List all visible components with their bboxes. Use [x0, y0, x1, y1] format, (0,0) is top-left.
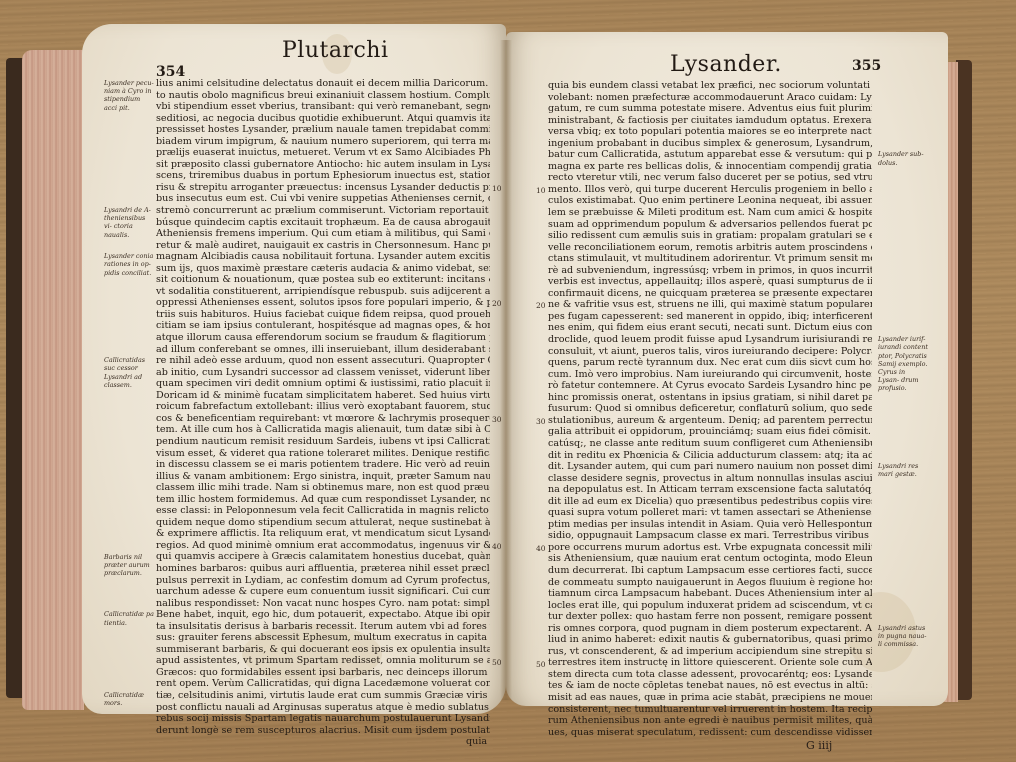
book-cover-right — [956, 60, 972, 700]
margin-note: Lysandri astus in pugna naua- li commiss… — [878, 624, 928, 649]
text-line: magna ex parte res bellicas dolis, & inn… — [548, 161, 872, 173]
text-line: pes fugam capesserent: sed manerent in o… — [548, 311, 872, 323]
text-line: in discessu classem se ei maris potiente… — [156, 459, 490, 471]
text-line: ingenium probabant in ducibus simplex & … — [548, 138, 872, 150]
text-line: rus, vt conscenderent, & ad imperium acc… — [548, 646, 872, 658]
text-line: dum decurrerat. Ibi captum Lampsacum ess… — [548, 565, 872, 577]
text-line: gatum, re cum summa potestate misere. Ad… — [548, 103, 872, 115]
text-line: sus: grauiter ferens abscessit Ephesum, … — [156, 632, 490, 644]
line-number: 20 — [536, 301, 546, 310]
text-line: cum. Imò vero improbius. Nam iureiurando… — [548, 369, 872, 381]
text-line: risu & strepitu arroganter præuectus: in… — [156, 182, 490, 194]
margin-note: Callicratidas suc cessor Lysandri ad cla… — [104, 356, 154, 389]
line-number: 50 — [536, 660, 546, 669]
text-line: quam specimen viri dedit omnium optimi &… — [156, 378, 490, 390]
margin-note: Lysandri de A- theniensibus vi- ctoria n… — [104, 206, 154, 239]
text-line: ctans stimulauit, vt multitudinem adorir… — [548, 253, 872, 265]
text-line: oppressi Athenienses essent, solutos ips… — [156, 297, 490, 309]
text-line: pore occurrens murum adortus est. Vrbe e… — [548, 542, 872, 554]
text-line: volebant: nomen præfecturæ accommodaueru… — [548, 92, 872, 104]
page-edges-left — [22, 50, 84, 710]
text-line: quens, parum rectè tyrannum dux. Nec era… — [548, 357, 872, 369]
text-line: nes enim, qui fidem eius erant secuti, n… — [548, 322, 872, 334]
line-number: 40 — [536, 544, 546, 553]
margin-note: Barbaris nil præter aurum præclarum. — [104, 553, 154, 578]
text-line: illius & vanam ambitionem: Ergo sinistra… — [156, 471, 490, 483]
text-line: post conflictu nauali ad Arginusas super… — [156, 702, 490, 714]
text-line: summiserant barbaris, & qui docuerant eo… — [156, 644, 490, 656]
text-line: pressisset hostes Lysander, prælium naua… — [156, 124, 490, 136]
text-line: dit ille ad eum ex Dicelia) quo præsenti… — [548, 496, 872, 508]
text-line: sit coitionum & nouationum, quæ postea s… — [156, 274, 490, 286]
text-line: sis Atheniensium, quæ nauium erat centum… — [548, 553, 872, 565]
line-number: 30 — [536, 417, 546, 426]
catchword: quia — [466, 736, 487, 747]
text-line: rum Atheniensibus non ante egredi è naui… — [548, 715, 872, 727]
line-number: 10 — [536, 186, 546, 195]
text-line: classe desidere segnis, provectus in alt… — [548, 473, 872, 485]
text-line: atque illorum causa efferendorum socium … — [156, 332, 490, 344]
text-line: uarchum adesse & cupere eum conuentum iu… — [156, 586, 490, 598]
text-line: quasi supra votum polleret mari: vt tame… — [548, 507, 872, 519]
text-line: ues, quas miserat speculatum, redissent:… — [548, 727, 872, 739]
book-gutter — [500, 40, 512, 700]
text-line: roicum fabrefactum extollebant: illius v… — [156, 401, 490, 413]
text-line: ad illum conferebant se omnes, illi inse… — [156, 344, 490, 356]
text-line: qui quamvis accipere à Græcis calamitate… — [156, 551, 490, 563]
text-line: catúsq;, ne classe ante reditum suum con… — [548, 438, 872, 450]
text-line: mento. Illos verò, qui turpe ducerent He… — [548, 184, 872, 196]
margin-note: Lysander sub- dolus. — [878, 150, 928, 166]
text-line: Bene habet, inquit, ego hic, dum potauer… — [156, 609, 490, 621]
text-line: esse classi: in Peloponnesum vela fecit … — [156, 505, 490, 517]
text-line: sidio, oppugnauit Lampsacum classe ex ma… — [548, 530, 872, 542]
text-line: silio redissent cum æmulis suis in grati… — [548, 230, 872, 242]
margin-note: Callicratidæ mors. — [104, 691, 154, 707]
text-line: vbi stipendium esset vberius, transibant… — [156, 101, 490, 113]
body-text: lius animi celsitudine delectatus donaui… — [156, 78, 490, 736]
text-line: rè ad subveniendum, ingressúsq; vrbem in… — [548, 265, 872, 277]
text-line: derunt longè se rem suscepturos alacrius… — [156, 725, 490, 737]
text-line: rebus socij missis Spartam legatis nauar… — [156, 713, 490, 725]
text-line: re nihil adeò esse arduum, quod non esse… — [156, 355, 490, 367]
text-line: dit in reditu ex Phœnicia & Cilicia addu… — [548, 450, 872, 462]
text-line: stem directa cum tota classe adessent, p… — [548, 669, 872, 681]
text-line: Atheniensis fremens imperium. Qui cum et… — [156, 228, 490, 240]
text-line: quidem neque domo stipendium secum attul… — [156, 517, 490, 529]
text-line: sit præposito classi gubernatore Antioch… — [156, 159, 490, 171]
text-line: seditiosi, ac negocia ducibus quotidie e… — [156, 113, 490, 125]
text-line: liud in animo haberet: edixit nautis & g… — [548, 634, 872, 646]
text-line: triis suis habituros. Huius faciebat cui… — [156, 309, 490, 321]
text-line: rent opem. Verùm Callicratidas, qui dign… — [156, 678, 490, 690]
text-line: to nautis obolo magnificus breui exinani… — [156, 90, 490, 102]
text-line: dit. Lysander autem, qui cum pari numero… — [548, 461, 872, 473]
text-line: prælijs euaserat inuictus, metueret. Ver… — [156, 147, 490, 159]
text-line: lius animi celsitudine delectatus donaui… — [156, 78, 490, 90]
text-line: misit ad eas naues, quæ in prima acie st… — [548, 692, 872, 704]
text-line: consisterent, nec tumultuarentur vel irr… — [548, 704, 872, 716]
text-line: sum ijs, quos maximè præstare cæteris au… — [156, 263, 490, 275]
text-line: scens, triremibus duabus in portum Ephes… — [156, 170, 490, 182]
text-line: droclide, quod leuem prodit fuisse apud … — [548, 334, 872, 346]
running-head: Plutarchi — [282, 38, 389, 63]
text-line: tiamnum circa Lampsacum habebant. Duces … — [548, 588, 872, 600]
body-text: quia bis eundem classi vetabat lex præfi… — [548, 80, 872, 738]
text-line: na depopulatus est. In Atticam terram ex… — [548, 484, 872, 496]
text-line: galia attribuit ei oppidorum, prouinciám… — [548, 426, 872, 438]
text-line: classem illic mihi trade. Nam si obtinem… — [156, 482, 490, 494]
text-line: stulationibus, aureum & argenteum. Deniq… — [548, 415, 872, 427]
text-line: pulsus perrexit in Lydiam, ac confestim … — [156, 575, 490, 587]
text-line: hinc promissis onerat, ostentans in ipsi… — [548, 392, 872, 404]
text-line: tiæ, celsitudinis animi, virtutis laude … — [156, 690, 490, 702]
text-line: rò fatetur contemnere. At Cyrus evocato … — [548, 380, 872, 392]
text-line: biadem virum impigrum, & nauium numero s… — [156, 136, 490, 148]
signature-mark: G iiij — [806, 739, 832, 752]
text-line: nalibus respondisset: Non vacat nunc hos… — [156, 598, 490, 610]
text-line: terrestres item instructę in littore qui… — [548, 657, 872, 669]
margin-note: Lysandri res mari gestæ. — [878, 462, 928, 478]
text-line: ab initio, cum Lysandri successor ad cla… — [156, 367, 490, 379]
text-line: ne & vafritie vsus est, struens ne illi,… — [548, 299, 872, 311]
text-line: homines barbaros: quibus auri affluentia… — [156, 563, 490, 575]
text-line: quia bis eundem classi vetabat lex præfi… — [548, 80, 872, 92]
text-line: Doricam id & minimè fucatam simplicitate… — [156, 390, 490, 402]
margin-note: Lysander pecu- niam à Cyro in stipendium… — [104, 79, 154, 112]
text-line: culos existimabat. Quo enim pertinere Le… — [548, 195, 872, 207]
text-line: fusurum: Quod si omnibus deficeretur, co… — [548, 403, 872, 415]
text-line: apud assistentes, vt primum Spartam redi… — [156, 655, 490, 667]
text-line: visum esset, & videret qua ratione toler… — [156, 448, 490, 460]
text-line: ministrabant, & factiosis per ciuitates … — [548, 115, 872, 127]
text-line: ta insulsitatis derisus à barbaris reces… — [156, 621, 490, 633]
right-page: Lysander. 355 quia bis eundem classi vet… — [506, 32, 948, 706]
text-line: verbis est invectus, appellauitq; illos … — [548, 276, 872, 288]
text-line: versa vbiq; ex toto populari potentia ma… — [548, 126, 872, 138]
text-line: pendium nauticum remisit residuum Sardei… — [156, 436, 490, 448]
text-line: ris omnes corpora, quod pugnam in diem p… — [548, 623, 872, 635]
text-line: cos & beneficentiam requirebant: vt mœro… — [156, 413, 490, 425]
text-line: stremò concurrerunt ac prælium commiseru… — [156, 205, 490, 217]
text-line: citiam se iam ipsius contulerant, hospit… — [156, 320, 490, 332]
text-line: búsque quindecim captis excitauit trophæ… — [156, 217, 490, 229]
text-line: consuluit, vt aiunt, pueros talis, viros… — [548, 346, 872, 358]
text-line: confirmauit dicens, ne quicquam præterea… — [548, 288, 872, 300]
text-line: batur cum Callicratida, astutum appareba… — [548, 149, 872, 161]
text-line: & exprimere afflictis. Ita reliquum erat… — [156, 528, 490, 540]
text-line: velle reconciliationem eorum, remotis ar… — [548, 242, 872, 254]
text-line: tes & iam de nocte cōpletas tenebat naue… — [548, 680, 872, 692]
margin-note: Lysander conia rationes in op- pidis con… — [104, 252, 154, 277]
page-number: 355 — [852, 58, 881, 74]
text-line: lem se præbuisse & Mileti proditum est. … — [548, 207, 872, 219]
text-line: tem illic hostem formidemus. Ad quæ cum … — [156, 494, 490, 506]
text-line: magnam Alcibiadis causa nobilitauit fort… — [156, 251, 490, 263]
text-line: regios. Ad quod minimè omnium erat accom… — [156, 540, 490, 552]
text-line: locles erat ille, qui populum induxerat … — [548, 600, 872, 612]
running-head: Lysander. — [670, 52, 782, 77]
text-line: recto vteretur vtili, nec verum falso du… — [548, 172, 872, 184]
left-page: Plutarchi 354 lius animi celsitudine del… — [82, 24, 506, 714]
text-line: Græcos: quo formidabiles essent ipsi bar… — [156, 667, 490, 679]
margin-note: Callicratidæ pa tientia. — [104, 610, 154, 626]
text-line: tem. At ille cum hos à Callicratida magi… — [156, 424, 490, 436]
margin-note: Lysander iurif- iurandi content ptor, Po… — [878, 335, 928, 392]
text-line: vt sodalitia constituerent, arripiendísq… — [156, 286, 490, 298]
text-line: tur dexter pollex: quo hastam ferre non … — [548, 611, 872, 623]
text-line: de commeatu sumpto nauigauerunt in Aegos… — [548, 577, 872, 589]
text-line: bus insecutus eum est. Cui vbi venire su… — [156, 193, 490, 205]
text-line: retur & malè audiret, nauigauit ex castr… — [156, 240, 490, 252]
text-line: ptim medias per insulas intendit in Asia… — [548, 519, 872, 531]
text-line: suam ad opprimendum populum & adversario… — [548, 219, 872, 231]
